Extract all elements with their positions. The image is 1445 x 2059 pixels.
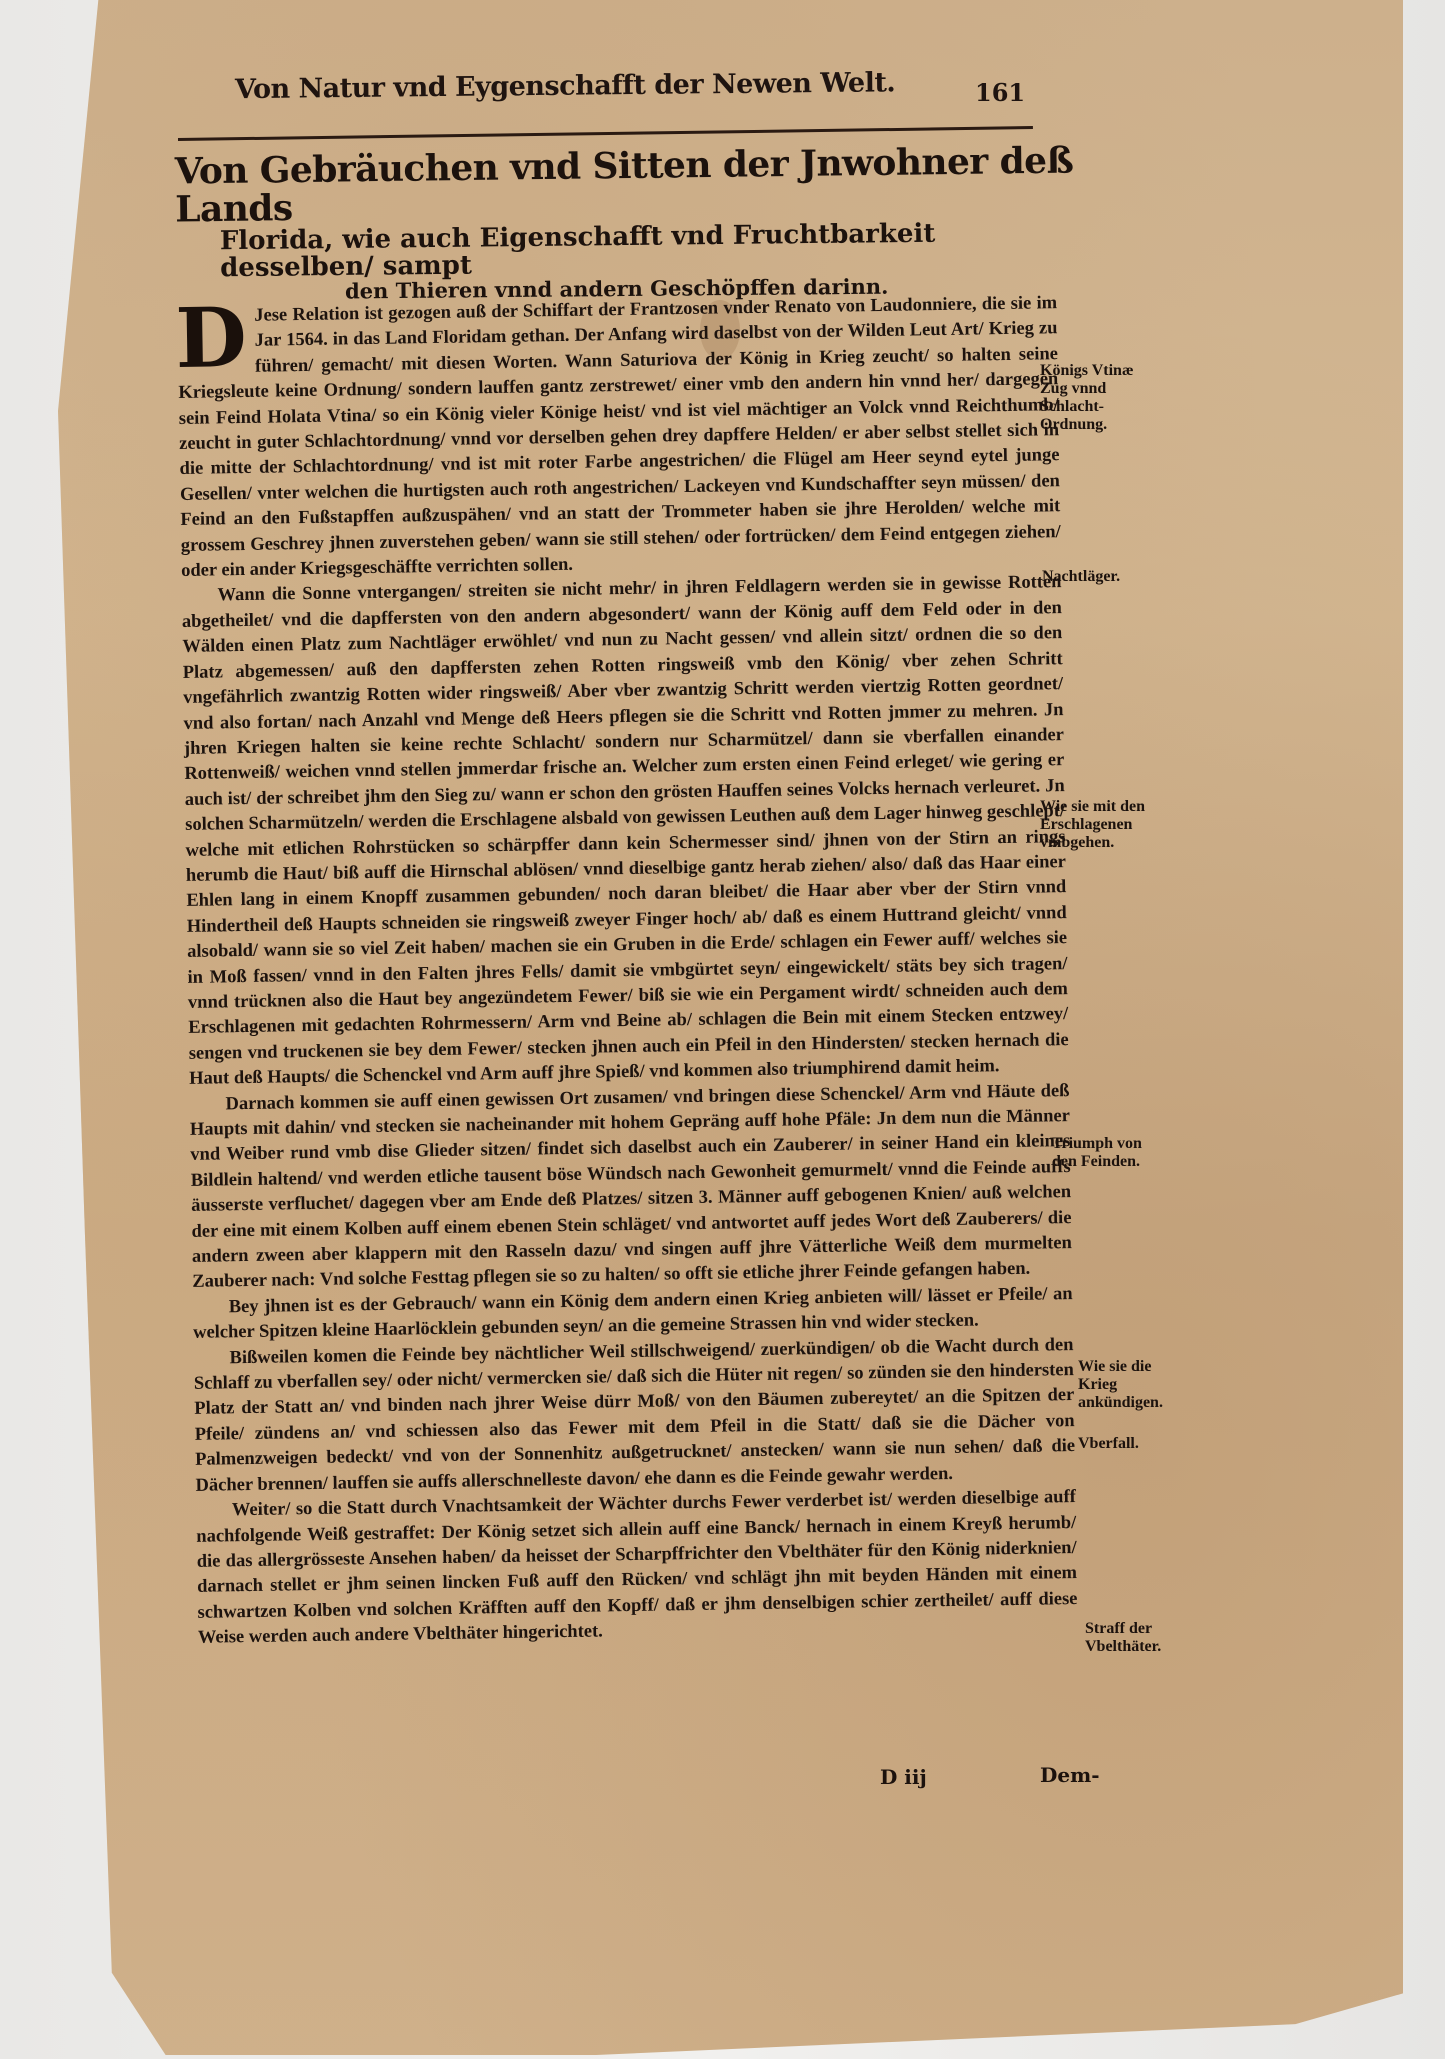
margin-note: Wie sie die Krieg ankündigen. — [1078, 1358, 1188, 1412]
signature-mark: D iij — [880, 1765, 927, 1789]
title-line-1: Von Gebräuchen vnd Sitten der Jnwohner d… — [175, 143, 1076, 230]
margin-note: Vberfall. — [1078, 1435, 1188, 1453]
paragraph: DJese Relation ist gezogen auß der Schif… — [177, 291, 1061, 584]
paragraph: Bißweilen komen die Feinde bey nächtlich… — [193, 1333, 1075, 1499]
margin-note: Wie sie mit den Erschlagenen vmbgehen. — [1040, 798, 1150, 852]
dropcap-initial: D — [175, 306, 247, 371]
margin-note: Nachtläger. — [1042, 568, 1152, 586]
paragraph: Darnach kommen sie auff einen gewissen O… — [189, 1079, 1072, 1296]
paragraph: Wann die Sonne vntergangen/ streiten sie… — [181, 571, 1069, 1093]
catchword: Dem- — [1040, 1763, 1100, 1787]
body-text: DJese Relation ist gezogen auß der Schif… — [177, 291, 1078, 1651]
title-line-2: Florida, wie auch Eigenschafft vnd Fruch… — [175, 219, 1076, 283]
margin-note: Triumph von den Feinden. — [1052, 1135, 1162, 1171]
margin-note: Königs Vtinæ Zug vnnd Schlacht-Ordnung. — [1040, 362, 1150, 434]
margin-note: Straff der Vbelthäter. — [1085, 1620, 1195, 1656]
paragraph: Weiter/ so die Statt durch Vnachtsamkeit… — [196, 1485, 1078, 1651]
chapter-title: Von Gebräuchen vnd Sitten der Jnwohner d… — [175, 148, 1075, 300]
page-number: 161 — [975, 78, 1025, 107]
